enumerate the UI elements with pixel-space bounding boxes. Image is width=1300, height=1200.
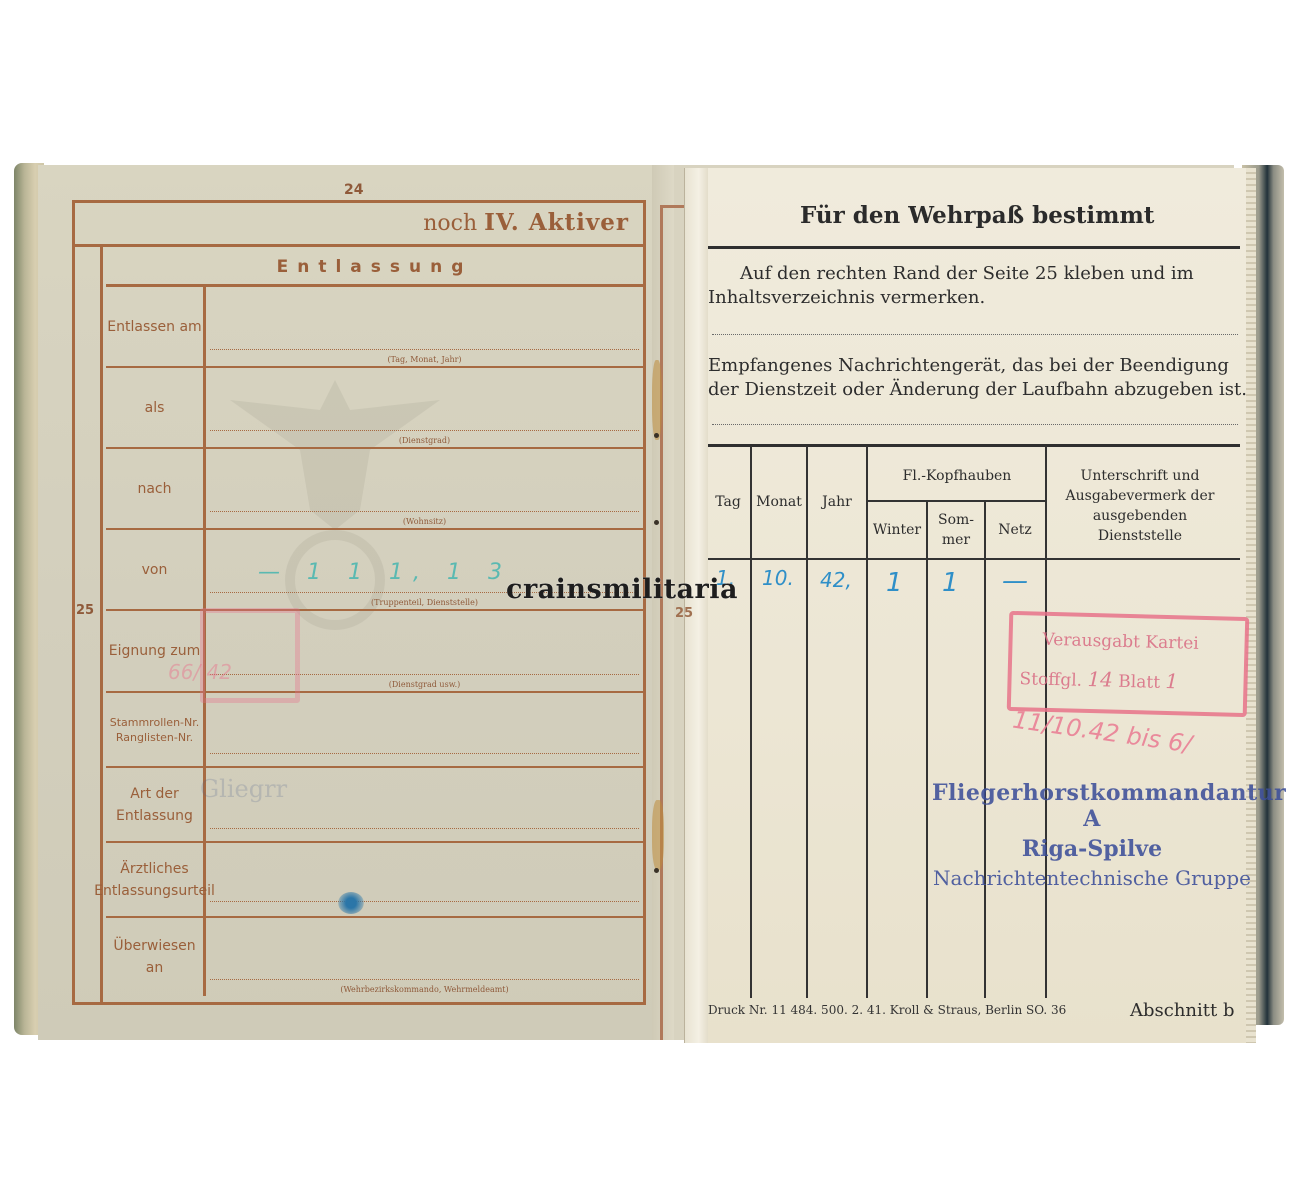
- row-als: als (Dienstgrad): [106, 368, 643, 449]
- row-label: Ärztliches Entlassungsurteil: [106, 843, 206, 916]
- row-aerztliches-urteil: Ärztliches Entlassungsurteil: [106, 843, 643, 918]
- ink-blot: [338, 892, 364, 914]
- field-stammrollen-nr[interactable]: [206, 693, 643, 766]
- dotted-line: [712, 334, 1238, 335]
- staple-hole: [654, 520, 659, 525]
- col-header-netz: Netz: [986, 520, 1044, 540]
- watermark-text: crainsmilitaria: [506, 574, 738, 605]
- field-hint: (Tag, Monat, Jahr): [206, 355, 643, 364]
- section-label: Abschnitt b: [1130, 1000, 1235, 1021]
- red-stamp-line-2: Stoffgl. 14 Blatt 1: [1019, 665, 1178, 693]
- faded-red-stamp: [200, 608, 300, 703]
- form-grid: Entlassung Entlassen am (Tag, Monat, Jah…: [106, 247, 643, 1002]
- col-group-header-kopfhauben: Fl.-Kopfhauben: [868, 466, 1046, 486]
- field-nach[interactable]: (Wohnsitz): [206, 449, 643, 528]
- slip-perforated-edge: [1246, 168, 1256, 1043]
- cell-netz: —: [1002, 566, 1028, 596]
- row-label: als: [106, 368, 206, 447]
- col-header-jahr: Jahr: [808, 492, 866, 512]
- col-header-monat: Monat: [752, 492, 806, 512]
- blue-stamp-line-1: Fliegerhorstkommandantur A: [932, 780, 1252, 832]
- row-label: Art der Entlassung: [106, 768, 206, 841]
- row-ueberwiesen-an: Überwiesen an (Wehrbezirkskommando, Wehr…: [106, 918, 643, 996]
- description-line-1: Empfangenes Nachrichtengerät, das bei de…: [708, 354, 1229, 378]
- handwritten-blue-entry: — 1 1 1, 1 3: [258, 560, 512, 585]
- row-entlassen-am: Entlassen am (Tag, Monat, Jahr): [106, 287, 643, 368]
- red-issue-stamp: Verausgabt Kartei Stoffgl. 14 Blatt 1: [1007, 611, 1250, 717]
- row-art-der-entlassung: Art der Entlassung: [106, 768, 643, 843]
- row-stammrollen-nr: Stammrollen-Nr. Ranglisten-Nr.: [106, 693, 643, 768]
- field-hint: (Wohnsitz): [206, 517, 643, 526]
- field-hint: (Wehrbezirkskommando, Wehrmeldeamt): [206, 985, 643, 994]
- row-label: Entlassen am: [106, 287, 206, 366]
- row-nach: nach (Wohnsitz): [106, 449, 643, 530]
- divider: [708, 246, 1240, 249]
- printer-imprint: Druck Nr. 11 484. 500. 2. 41. Kroll & St…: [708, 1003, 1066, 1017]
- form-header-title: noch IV. Aktiver: [423, 209, 629, 236]
- form-header: noch IV. Aktiver: [75, 203, 643, 247]
- blue-unit-stamp: Fliegerhorstkommandantur A Riga-Spilve N…: [932, 780, 1252, 890]
- field-aerztliches-urteil[interactable]: [206, 843, 643, 916]
- staple-hole: [654, 433, 659, 438]
- col-header-tag: Tag: [706, 492, 750, 512]
- rust-stain: [652, 800, 664, 870]
- field-als[interactable]: (Dienstgrad): [206, 368, 643, 447]
- field-entlassen-am[interactable]: (Tag, Monat, Jahr): [206, 287, 643, 366]
- description-line-2: der Dienstzeit oder Änderung der Laufbah…: [708, 378, 1247, 402]
- slip-title: Für den Wehrpaß bestimmt: [800, 202, 1154, 229]
- blue-stamp-line-3: Nachrichtentechnische Gruppe: [932, 866, 1252, 890]
- side-page-number-25: 25: [76, 603, 94, 618]
- red-stamp-line-1: Verausgabt Kartei: [1042, 630, 1199, 654]
- instruction-line-1: Auf den rechten Rand der Seite 25 kleben…: [740, 262, 1194, 286]
- col-header-unterschrift: Unterschrift und Ausgabevermerk der ausg…: [1050, 466, 1230, 546]
- rust-stain: [652, 360, 662, 440]
- dotted-line: [712, 424, 1238, 425]
- blue-stamp-line-2: Riga-Spilve: [932, 836, 1252, 862]
- faded-blue-stamp-imprint: Gliegrr: [200, 775, 287, 803]
- row-label: Stammrollen-Nr. Ranglisten-Nr.: [106, 693, 206, 766]
- col-header-winter: Winter: [868, 520, 926, 540]
- row-label: nach: [106, 449, 206, 528]
- header-prefix: noch: [423, 211, 477, 236]
- col-header-sommer: Som- mer: [928, 510, 984, 550]
- cell-jahr: 42,: [820, 568, 852, 592]
- instruction-line-2: Inhaltsverzeichnis vermerken.: [708, 286, 985, 310]
- row-label: Überwiesen an: [106, 918, 206, 996]
- underlying-page-number-25: 25: [675, 606, 693, 621]
- section-title-entlassung: Entlassung: [106, 247, 643, 287]
- cell-monat: 10.: [762, 566, 794, 590]
- row-label: von: [106, 530, 206, 609]
- page-number-24: 24: [344, 182, 363, 198]
- cell-sommer: 1: [942, 568, 959, 598]
- field-ueberwiesen-an[interactable]: (Wehrbezirkskommando, Wehrmeldeamt): [206, 918, 643, 996]
- faded-red-scrawl: 66/ 42: [168, 660, 232, 684]
- header-section-title: IV. Aktiver: [484, 209, 629, 236]
- staple-hole: [654, 868, 659, 873]
- cell-winter: 1: [886, 568, 903, 598]
- field-hint: (Dienstgrad): [206, 436, 643, 445]
- divider: [708, 444, 1240, 447]
